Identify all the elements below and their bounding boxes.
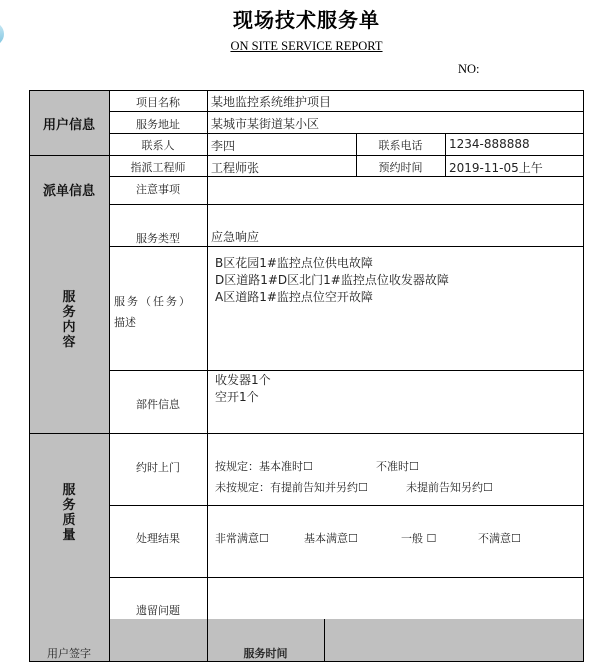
- parts-line: 空开1个: [215, 389, 271, 406]
- footer-row-bg: [109, 619, 583, 661]
- section-user-info: 用户信息: [29, 114, 109, 133]
- task-description-label-line1: 服务（任务）: [114, 293, 206, 309]
- service-time-label: 服务时间: [207, 645, 324, 661]
- engineer-value[interactable]: 工程师张: [211, 159, 259, 176]
- notes-label: 注意事项: [109, 181, 207, 197]
- service-report-table: 用户信息 派单信息 服务内容 服务质量 项目名称 某地监控系统维护项目 服务地址…: [0, 0, 613, 669]
- parts-line: 收发器1个: [215, 372, 271, 389]
- task-description-value[interactable]: B区花园1#监控点位供电故障 D区道路1#D区北门1#监控点位收发器故障 A区道…: [215, 255, 449, 306]
- section-service-quality: 服务质量: [62, 483, 76, 543]
- task-line: B区花园1#监控点位供电故障: [215, 255, 449, 272]
- result-option-very-satisfied[interactable]: 非常满意☐: [215, 530, 269, 546]
- result-option-average[interactable]: 一般 ☐: [401, 530, 436, 546]
- task-description-label-line2: 描述: [114, 314, 206, 330]
- address-label: 服务地址: [109, 116, 207, 132]
- ontime-option-notified[interactable]: 未按规定：有提前告知并另约☐: [215, 479, 368, 495]
- ontime-option-late[interactable]: 不准时☐: [376, 458, 419, 474]
- task-line: A区道路1#监控点位空开故障: [215, 289, 449, 306]
- ontime-option-not-notified[interactable]: 未提前告知另约☐: [406, 479, 493, 495]
- contact-label: 联系人: [109, 137, 207, 153]
- project-name-label: 项目名称: [109, 94, 207, 110]
- appointment-value[interactable]: 2019-11-05上午: [449, 159, 543, 176]
- contact-value[interactable]: 李四: [211, 137, 235, 154]
- section-service-content: 服务内容: [62, 290, 76, 350]
- service-type-value[interactable]: 应急响应: [211, 228, 259, 245]
- section-dispatch-info: 派单信息: [29, 180, 109, 199]
- task-line: D区道路1#D区北门1#监控点位收发器故障: [215, 272, 449, 289]
- ontime-option-on-schedule[interactable]: 按规定：基本准时☐: [215, 458, 313, 474]
- result-label: 处理结果: [109, 530, 207, 546]
- phone-value[interactable]: 1234-888888: [449, 137, 530, 151]
- section-column: [29, 90, 109, 661]
- result-option-satisfied[interactable]: 基本满意☐: [304, 530, 358, 546]
- result-option-unsatisfied[interactable]: 不满意☐: [478, 530, 521, 546]
- signature-label: 用户签字: [29, 645, 109, 661]
- project-name-value[interactable]: 某地监控系统维护项目: [211, 93, 331, 110]
- appointment-label: 预约时间: [356, 159, 445, 175]
- address-value[interactable]: 某城市某街道某小区: [211, 115, 319, 132]
- parts-value[interactable]: 收发器1个 空开1个: [215, 372, 271, 406]
- engineer-label: 指派工程师: [109, 159, 207, 175]
- ontime-label: 约时上门: [109, 459, 207, 475]
- parts-label: 部件信息: [109, 396, 207, 412]
- phone-label: 联系电话: [356, 137, 445, 153]
- service-type-label: 服务类型: [109, 230, 207, 246]
- remaining-issues-label: 遗留问题: [109, 602, 207, 618]
